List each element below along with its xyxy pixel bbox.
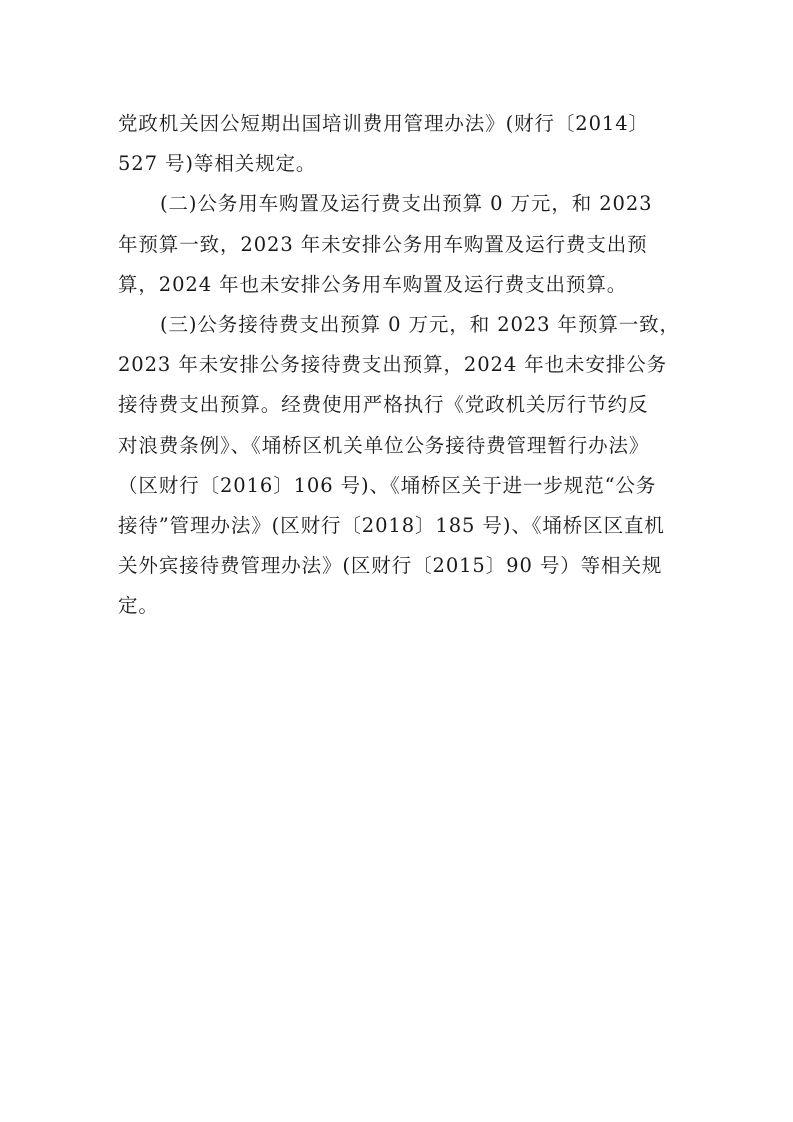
- text-line: 定。: [118, 586, 674, 626]
- text-line: 接待费支出预算。经费使用严格执行《党政机关厉行节约反: [118, 385, 674, 425]
- text-line: 接待”管理办法》(区财行〔2018〕185 号)、《埇桥区区直机: [118, 506, 674, 546]
- text-line: 算，2024 年也未安排公务用车购置及运行费支出预算。: [118, 265, 674, 305]
- text-line: 对浪费条例》、《埇桥区机关单位公务接待费管理暂行办法》: [118, 426, 674, 466]
- text-line: （区财行〔2016〕106 号)、《埇桥区关于进一步规范“公务: [118, 466, 674, 506]
- text-line: 党政机关因公短期出国培训费用管理办法》(财行〔2014〕: [118, 104, 674, 144]
- text-line: 年预算一致，2023 年未安排公务用车购置及运行费支出预: [118, 225, 674, 265]
- paragraph-vehicle-expenses: (二)公务用车购置及运行费支出预算 0 万元，和 2023: [118, 184, 674, 224]
- text-line: 关外宾接待费管理办法》(区财行〔2015〕90 号）等相关规: [118, 546, 674, 586]
- text-line: 527 号)等相关规定。: [118, 144, 674, 184]
- paragraph-reception-expenses: (三)公务接待费支出预算 0 万元，和 2023 年预算一致，: [118, 305, 674, 345]
- document-body: 党政机关因公短期出国培训费用管理办法》(财行〔2014〕 527 号)等相关规定…: [118, 104, 674, 626]
- text-line: 2023 年未安排公务接待费支出预算，2024 年也未安排公务: [118, 345, 674, 385]
